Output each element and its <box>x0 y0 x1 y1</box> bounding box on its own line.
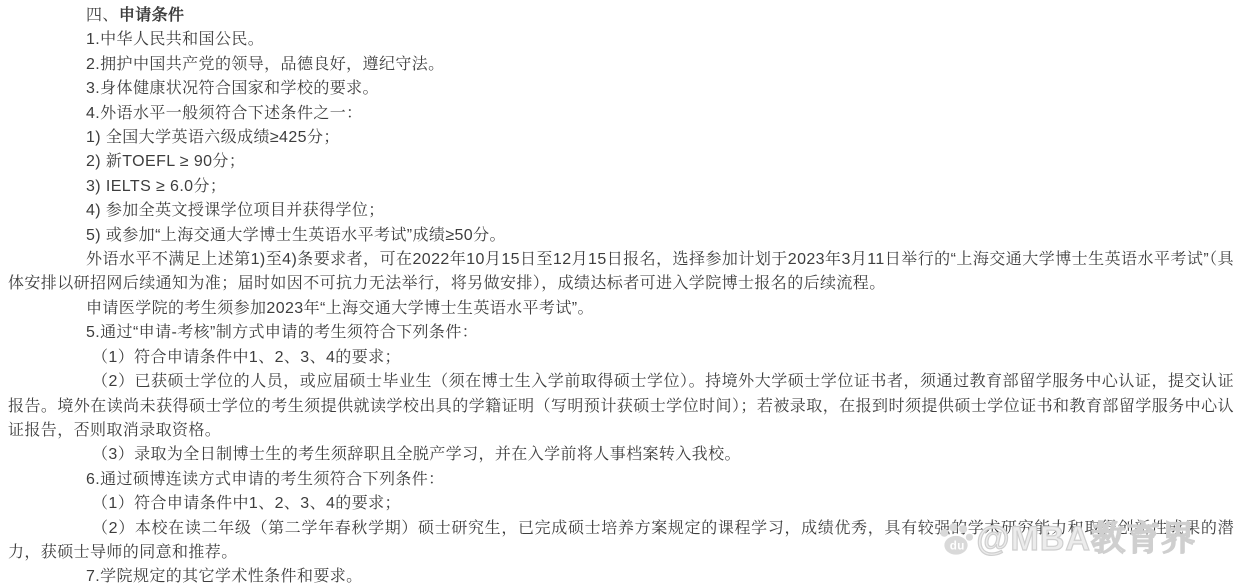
paragraph-apply-assess-intro: 5.通过“申请-考核”制方式申请的考生须符合下列条件： <box>8 321 1234 345</box>
section-number: 四、 <box>86 7 119 24</box>
paragraph-successive-2: （2）本校在读二年级（第二学年春秋学期）硕士研究生，已完成硕士培养方案规定的课程… <box>8 517 1234 566</box>
document-page: 四、申请条件 1.中华人民共和国公民。 2.拥护中国共产党的领导，品德良好，遵纪… <box>0 0 1242 584</box>
paragraph-successive-1: （1）符合申请条件中1、2、3、4的要求； <box>8 492 1234 516</box>
paragraph-successive-intro: 6.通过硕博连读方式申请的考生须符合下列条件： <box>8 468 1234 492</box>
paragraph-apply-assess-2: （2）已获硕士学位的人员，或应届硕士毕业生（须在博士生入学前取得硕士学位）。持境… <box>8 370 1234 443</box>
paragraph-english-program: 4) 参加全英文授课学位项目并获得学位； <box>8 199 1234 223</box>
paragraph-cet6: 1) 全国大学英语六级成绩≥425分； <box>8 126 1234 150</box>
paragraph-test-registration: 外语水平不满足上述第1)至4)条要求者，可在2022年10月15日至12月15日… <box>8 248 1234 297</box>
paragraph-other-requirements: 7.学院规定的其它学术性条件和要求。 <box>8 565 1234 584</box>
paragraph-sjtu-english-test: 5) 或参加“上海交通大学博士生英语水平考试”成绩≥50分。 <box>8 224 1234 248</box>
paragraph-citizenship: 1.中华人民共和国公民。 <box>8 28 1234 52</box>
paragraph-apply-assess-1: （1）符合申请条件中1、2、3、4的要求； <box>8 346 1234 370</box>
paragraph-apply-assess-3: （3）录取为全日制博士生的考生须辞职且全脱产学习，并在入学前将人事档案转入我校。 <box>8 443 1234 467</box>
paragraph-toefl: 2) 新TOEFL ≥ 90分； <box>8 150 1234 174</box>
paragraph-language-intro: 4.外语水平一般须符合下述条件之一： <box>8 102 1234 126</box>
section-title: 申请条件 <box>119 7 185 24</box>
section-heading: 四、申请条件 <box>8 4 1234 28</box>
paragraph-health: 3.身体健康状况符合国家和学校的要求。 <box>8 77 1234 101</box>
paragraph-ielts: 3) IELTS ≥ 6.0分； <box>8 175 1234 199</box>
paragraph-medical-school: 申请医学院的考生须参加2023年“上海交通大学博士生英语水平考试”。 <box>8 297 1234 321</box>
paragraph-political-conduct: 2.拥护中国共产党的领导，品德良好，遵纪守法。 <box>8 53 1234 77</box>
